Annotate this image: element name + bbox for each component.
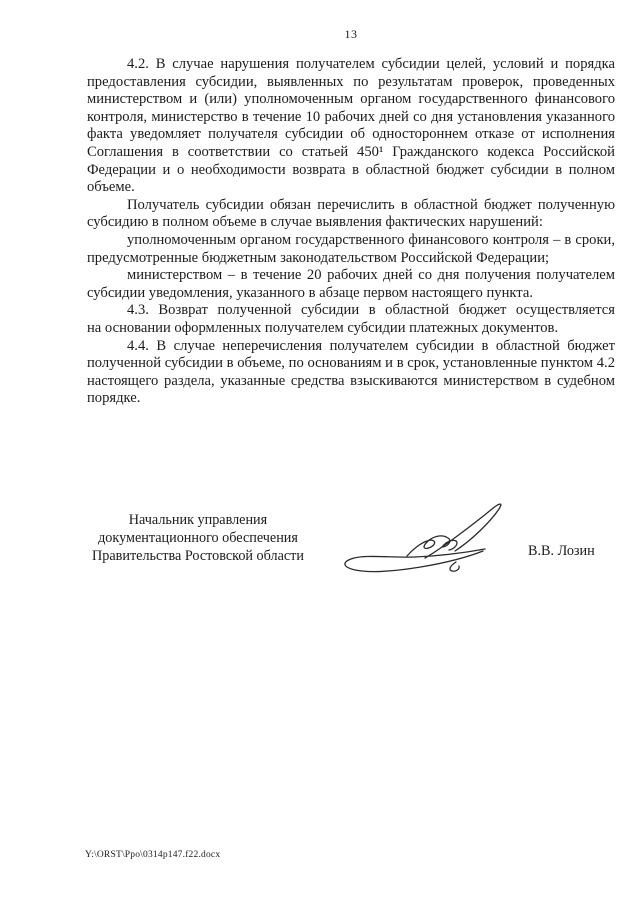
signatory-name: В.В. Лозин	[528, 543, 595, 560]
paragraph: 4.4. В случае неперечисления получателем…	[87, 338, 615, 408]
handwritten-signature-icon	[335, 500, 520, 580]
paragraph: Получатель субсидии обязан перечислить в…	[87, 197, 615, 232]
signatory-title-line: Правительства Ростовской области	[72, 547, 324, 565]
signatory-title-line: документационного обеспечения	[72, 529, 324, 547]
paragraph: уполномоченным органом государственного …	[87, 232, 615, 267]
paragraph: 4.3. Возврат полученной субсидии в облас…	[87, 302, 615, 337]
document-body: 4.2. В случае нарушения получателем субс…	[87, 56, 615, 408]
footer-file-path: Y:\ORST\Ppo\0314p147.f22.docx	[85, 850, 220, 860]
signatory-title-line: Начальник управления	[72, 511, 324, 529]
signatory-title: Начальник управления документационного о…	[72, 511, 324, 565]
paragraph: 4.2. В случае нарушения получателем субс…	[87, 56, 615, 197]
page-number: 13	[87, 27, 615, 42]
document-page: 13 4.2. В случае нарушения получателем с…	[0, 0, 640, 905]
paragraph: министерством – в течение 20 рабочих дне…	[87, 267, 615, 302]
